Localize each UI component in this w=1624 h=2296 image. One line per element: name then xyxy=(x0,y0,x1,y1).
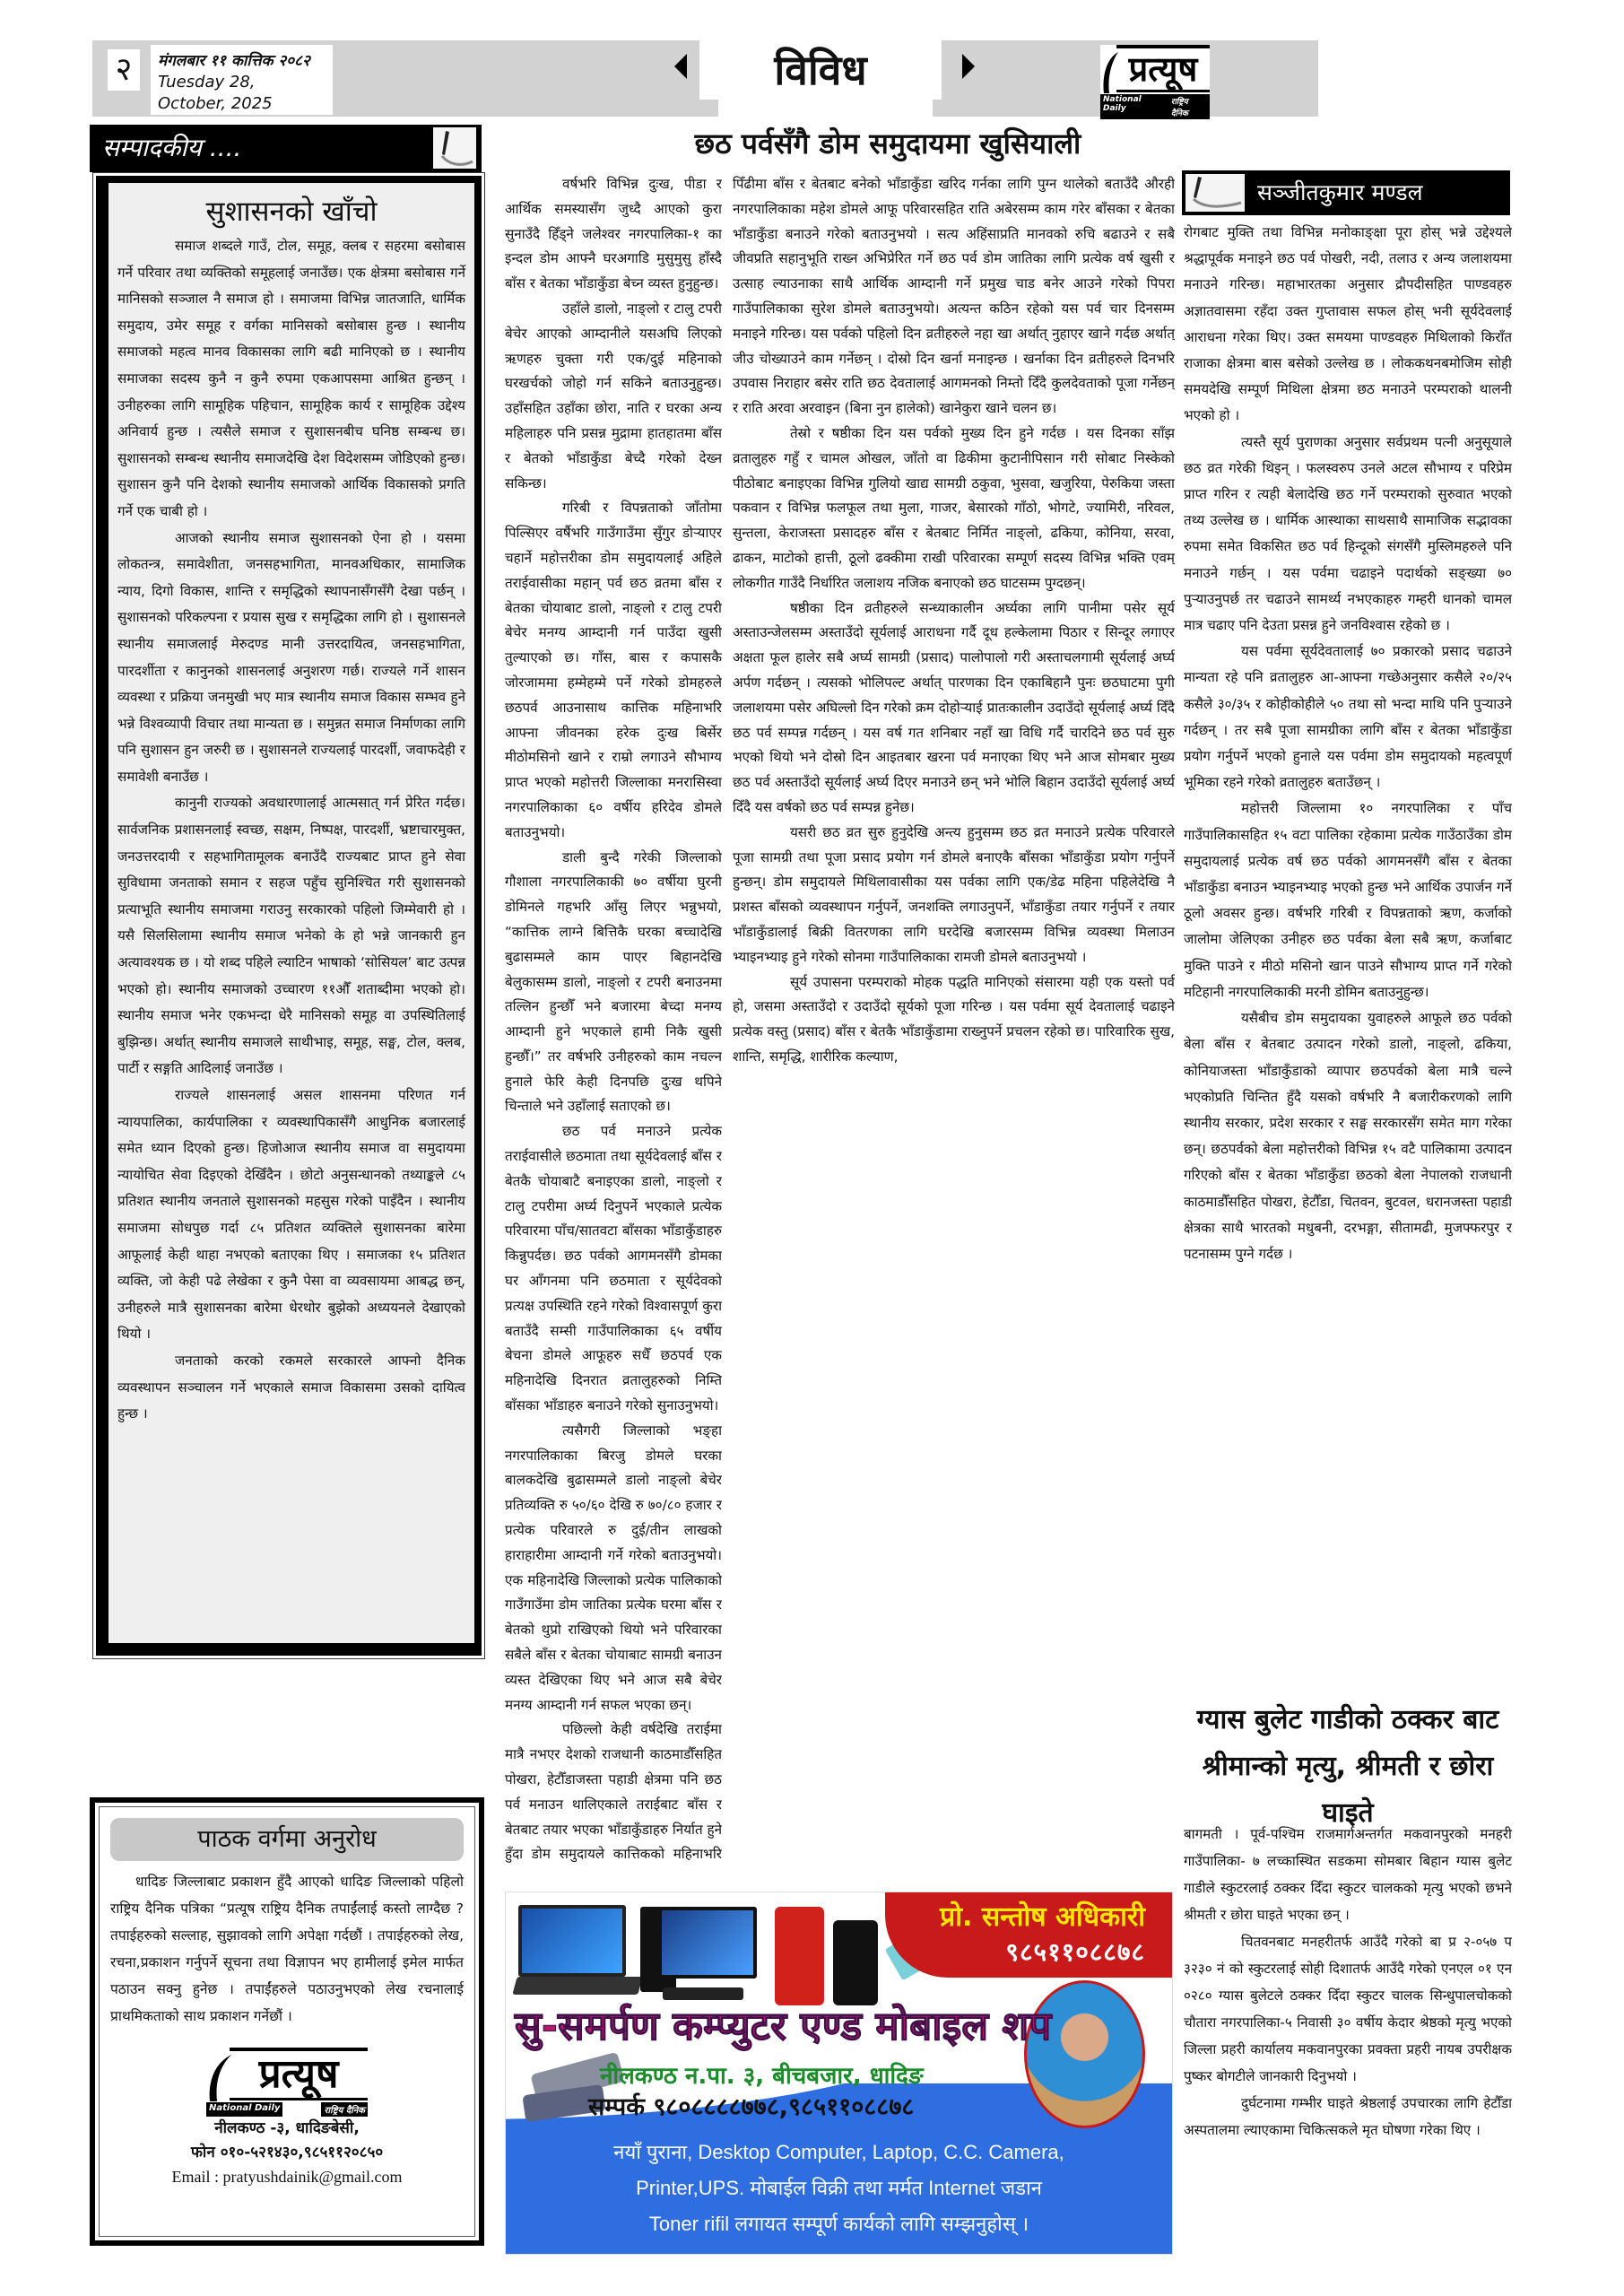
article-paragraph: रोगबाट मुक्ति तथा विभिन्न मनोकाङ्क्षा पू… xyxy=(1184,220,1512,430)
ad-address: नीलकण्ठ न.पा. ३, बीचबजार, धादिङ xyxy=(600,2061,924,2092)
article-paragraph: सूर्य उपासना परम्पराको मोहक पद्धति मानिए… xyxy=(733,970,1175,1070)
news-paragraph: बागमती । पूर्व-पश्चिम राजमार्गअन्तर्गत म… xyxy=(1184,1821,1512,1928)
main-article-column-3: रोगबाट मुक्ति तथा विभिन्न मनोकाङ्क्षा पू… xyxy=(1184,220,1512,1691)
ad-owner-phone: ९८५११०८८७८ xyxy=(1005,1935,1145,1970)
editorial-title: सुशासनको खाँचो xyxy=(117,192,465,231)
publisher-address: नीलकण्ठ -३, धादिङबेसी, xyxy=(110,2117,464,2141)
article-paragraph: त्यस्तै सूर्य पुराणका अनुसार सर्वप्रथम प… xyxy=(1184,430,1512,639)
masthead-logo: प्रत्यूष National Daily राष्ट्रिय दैनिक xyxy=(1100,45,1210,117)
keyboard-image xyxy=(663,1987,743,2000)
article-paragraph: महोत्तरी जिल्लामा १० नगरपालिका र पाँच गा… xyxy=(1184,796,1512,1005)
footer-logo-tag-en: National Daily xyxy=(206,2102,282,2117)
section-title: विविध xyxy=(699,40,942,100)
article-paragraph: डाली बुन्दै गरेकी जिल्लाको गौशाला नगरपाल… xyxy=(505,846,722,1120)
article-paragraph: वर्षभरि विभिन्न दुःख, पीडा र आर्थिक समस्… xyxy=(505,172,722,297)
article-paragraph: त्यसैगरी जिल्लाको भङ्हा नगरपालिकाका बिरज… xyxy=(505,1419,722,1718)
reader-request-title: पाठक वर्गमा अनुरोध xyxy=(110,1818,464,1861)
main-article-column-2: पिँढीमा बाँस र बेतबाट बनेको भाँडाकुँडा ख… xyxy=(733,172,1175,1867)
editorial-frame: सुशासनको खाँचो समाज शब्दले गाउँ, टोल, सम… xyxy=(92,172,485,1659)
ad-services-line-2: Printer,UPS. मोबाईल विक्री तथा मर्मत Int… xyxy=(506,2170,1172,2206)
news-paragraph: चितवनबाट मनहरीतर्फ आउँदै गरेको बा प्र २-… xyxy=(1184,1928,1512,2090)
author-byline: सञ्जीतकुमार मण्डल xyxy=(1182,170,1510,215)
article-paragraph: छठ पर्व मनाउने प्रत्येक तराईवासीले छठमात… xyxy=(505,1119,722,1419)
black-phone-image xyxy=(833,1920,878,2005)
product-images xyxy=(515,1898,909,2005)
news-headline: ग्यास बुलेट गाडीको ठक्कर बाट श्रीमान्को … xyxy=(1184,1697,1512,1837)
article-paragraph: षष्ठीका दिन व्रतीहरुले सन्ध्याकालीन अर्घ… xyxy=(733,596,1175,821)
footer-logo: प्रत्यूष National Daily राष्ट्रिय दैनिक xyxy=(206,2048,368,2117)
reader-request-body: धादिङ जिल्लाबाट प्रकाशन हुँदै आएको धादिङ… xyxy=(110,1868,464,2030)
editorial-paragraph: आजको स्थानीय समाज सुशासनको ऐना हो । यसमा… xyxy=(117,526,465,791)
editorial-label: सम्पादकीय .... xyxy=(102,132,241,164)
red-phone-image xyxy=(775,1907,824,2005)
publisher-phone: फोन ०१०-५२१४३०,९८५११२०८५० xyxy=(110,2141,464,2165)
triangle-right-icon xyxy=(962,54,975,79)
article-paragraph: यसरी छठ व्रत सुरु हुनुदेखि अन्त्य हुनुसम… xyxy=(733,821,1175,970)
article-paragraph: पछिल्लो केही वर्षदेखि तराईमा मात्रै नभएर… xyxy=(505,1718,722,1867)
editorial-header: सम्पादकीय .... xyxy=(90,125,482,172)
logo-tag-np: राष्ट्रिय दैनिक xyxy=(1168,94,1210,119)
ad-shop-name: सु-समर्पण कम्प्युटर एण्ड मोबाइल शप xyxy=(515,2000,1053,2054)
laptop-base-image xyxy=(512,1977,642,1995)
triangle-left-icon xyxy=(674,54,687,79)
date-box: मंगलबार ११ कात्तिक २०८२ Tuesday 28, Octo… xyxy=(151,45,333,115)
ad-contact: सम्पर्क ९८०८८८८७७८,९८५११०८८७८ xyxy=(588,2092,914,2124)
news-paragraph: दुर्घटनामा गम्भीर घाइते श्रेष्ठलाई उपचार… xyxy=(1184,2090,1512,2144)
date-english: Tuesday 28, October, 2025 xyxy=(158,72,326,115)
author-name: सञ्जीतकुमार मण्डल xyxy=(1257,176,1423,210)
footer-logo-wordmark: प्रत्यूष xyxy=(230,2048,368,2100)
pen-icon xyxy=(433,127,476,169)
main-article-headline: छठ पर्वसँगै डोम समुदायमा खुसियाली xyxy=(520,121,1255,166)
article-paragraph: तेस्रो र षष्ठीका दिन यस पर्वको मुख्य दिन… xyxy=(733,422,1175,596)
logo-tag-en: National Daily xyxy=(1100,94,1168,119)
article-paragraph: यसैबीच डोम समुदायका युवाहरुले आफूले छठ प… xyxy=(1184,1005,1512,1267)
monitor-image xyxy=(658,1907,757,1979)
publisher-email[interactable]: Email : pratyushdainik@gmail.com xyxy=(110,2165,464,2188)
editorial-body: समाज शब्दले गाउँ, टोल, समूह, क्लब र सहरम… xyxy=(117,233,465,1428)
feather-icon xyxy=(1100,50,1120,95)
ad-services-line-3: Toner rifil लगायत सम्पूर्ण कार्यको लागि … xyxy=(506,2206,1172,2242)
feather-icon xyxy=(206,2053,233,2103)
news-article-body: बागमती । पूर्व-पश्चिम राजमार्गअन्तर्गत म… xyxy=(1184,1821,1512,2269)
page-number: २ xyxy=(108,49,140,91)
ad-owner-name: प्रो. सन्तोष अधिकारी xyxy=(940,1900,1145,1935)
article-paragraph: उहाँले डालो, नाङ्लो र टालु टपरी बेचेर आए… xyxy=(505,297,722,496)
editorial-paragraph: कानुनी राज्यको अवधारणालाई आत्मसात् गर्न … xyxy=(117,790,465,1083)
editorial-paragraph: जनताको करको रकमले सरकारले आफ्नो दैनिक व्… xyxy=(117,1348,465,1428)
reader-request-box: पाठक वर्गमा अनुरोध धादिङ जिल्लाबाट प्रका… xyxy=(90,1797,484,2246)
main-article-column-1: वर्षभरि विभिन्न दुःख, पीडा र आर्थिक समस्… xyxy=(505,172,722,1867)
shop-advertisement: प्रो. सन्तोष अधिकारी ९८५११०८८७८ सु-समर्प… xyxy=(505,1892,1173,2255)
editorial-paragraph: राज्यले शासनलाई असल शासनमा परिणत गर्न न्… xyxy=(117,1083,465,1348)
editorial-paragraph: समाज शब्दले गाउँ, टोल, समूह, क्लब र सहरम… xyxy=(117,233,465,526)
article-paragraph: गरिबी र विपन्नताको जाँतोमा पिल्सिएर वर्ष… xyxy=(505,496,722,845)
footer-logo-tag-np: राष्ट्रिय दैनिक xyxy=(321,2102,368,2117)
date-nepali: मंगलबार ११ कात्तिक २०८२ xyxy=(158,50,326,72)
ad-services: नयाँ पुराना, Desktop Computer, Laptop, C… xyxy=(506,2135,1172,2242)
pen-icon xyxy=(1185,174,1245,212)
article-paragraph: पिँढीमा बाँस र बेतबाट बनेको भाँडाकुँडा ख… xyxy=(733,172,1175,422)
ad-services-line-1: नयाँ पुराना, Desktop Computer, Laptop, C… xyxy=(506,2135,1172,2170)
laptop-image xyxy=(518,1905,626,1977)
logo-wordmark: प्रत्यूष xyxy=(1116,45,1210,92)
article-paragraph: यस पर्वमा सूर्यदेवतालाई ७० प्रकारको प्रस… xyxy=(1184,639,1512,796)
